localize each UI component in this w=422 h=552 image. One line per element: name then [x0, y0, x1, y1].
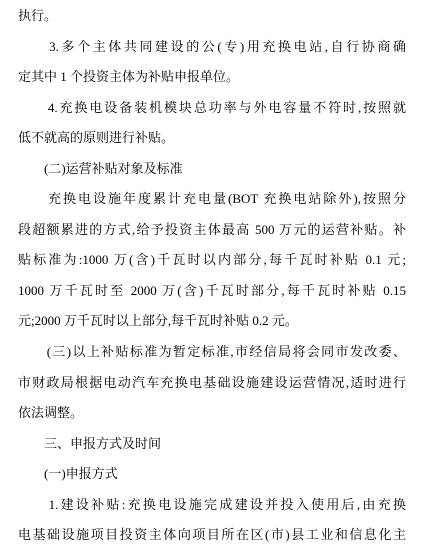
text-line: 元;2000 万千瓦时以上部分,每千瓦时补贴 0.2 元。 — [18, 306, 406, 337]
text-line: 充换电设施年度累计充电量(BOT 充换电站除外),按照分 — [18, 184, 406, 215]
text-line: 段超额累进的方式,给予投资主体最高 500 万元的运营补贴。补 — [18, 215, 406, 246]
text-line: 低不就高的原则进行补贴。 — [18, 123, 406, 154]
text-line: (三)以上补贴标准为暂定标准,市经信局将会同市发改委、 — [18, 337, 406, 368]
document-body: 执行。 3.多个主体共同建设的公(专)用充换电站,自行协商确定其中 1 个投资主… — [18, 1, 406, 551]
text-line: 电基础设施项目投资主体向项目所在区(市)县工业和信息化主 — [18, 520, 406, 551]
text-line: 定其中 1 个投资主体为补贴申报单位。 — [18, 62, 406, 93]
text-line: 依法调整。 — [18, 398, 406, 429]
document-page: 执行。 3.多个主体共同建设的公(专)用充换电站,自行协商确定其中 1 个投资主… — [0, 0, 422, 552]
text-line: 1.建设补贴:充换电设施完成建设并投入使用后,由充换 — [18, 490, 406, 521]
text-line: 执行。 — [18, 1, 406, 32]
text-line: 贴标准为:1000 万(含)千瓦时以内部分,每千瓦时补贴 0.1 元; — [18, 245, 406, 276]
text-line: 三、申报方式及时间 — [18, 429, 406, 460]
text-line: 1000 万千瓦时至 2000 万(含)千瓦时部分,每千瓦时补贴 0.15 — [18, 276, 406, 307]
text-line: (一)申报方式 — [18, 459, 406, 490]
text-line: (二)运营补贴对象及标准 — [18, 154, 406, 185]
text-line: 4.充换电设备装机模块总功率与外电容量不符时,按照就 — [18, 93, 406, 124]
text-line: 市财政局根据电动汽车充换电基础设施建设运营情况,适时进行 — [18, 368, 406, 399]
text-line: 3.多个主体共同建设的公(专)用充换电站,自行协商确 — [18, 32, 406, 63]
